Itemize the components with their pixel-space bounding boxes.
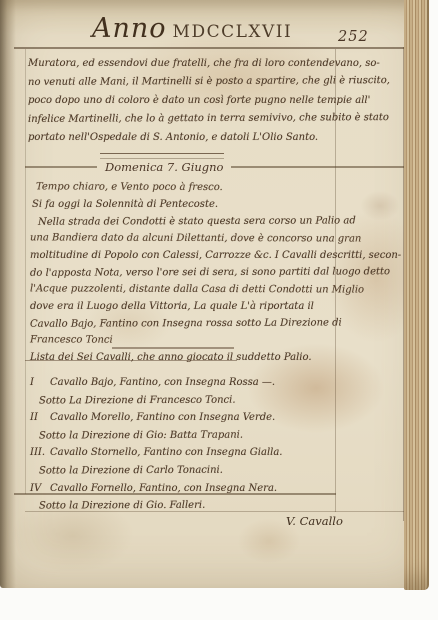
manuscript-line: no venuti alle Mani, il Martinelli si è … — [28, 72, 390, 92]
manuscript-line: Muratora, ed essendovi due fratelli, che… — [28, 55, 390, 73]
date-heading-row: Domenica 7. Giugno — [25, 160, 405, 174]
date-heading: Domenica 7. Giugno — [105, 160, 223, 174]
list-divider — [112, 347, 234, 349]
horse-numeral: III. — [30, 444, 50, 462]
horse-list: ICavallo Bajo, Fantino, con Insegna Ross… — [30, 374, 283, 515]
section-divider — [100, 153, 224, 159]
manuscript-line: Tempo chiaro, e Vento poco à fresco. — [30, 178, 401, 196]
horse-direction: Sotto la Direzione di Carlo Tonacini. — [30, 461, 283, 480]
paragraph-martinelli: Muratora, ed essendovi due fratelli, che… — [28, 55, 390, 147]
horse-list-intro: Lista dei Sei Cavalli, che anno giocato … — [30, 352, 312, 363]
horse-description: Cavallo Stornello, Fantino con Insegna G… — [50, 447, 283, 458]
horse-direction: Sotto la Direzione di Gio. Falleri. — [30, 497, 283, 516]
heading-rule-left — [25, 166, 97, 168]
manuscript-page: AnnoMDCCLXVII 252 Muratora, ed essendovi… — [0, 0, 427, 588]
heading-rule-right — [231, 166, 405, 168]
manuscript-line: moltitudine di Popolo con Calessi, Carro… — [30, 247, 401, 264]
paragraph-palio: Tempo chiaro, e Vento poco à fresco. Si … — [30, 179, 401, 349]
manuscript-line: poco dopo uno di coloro è dato un così f… — [28, 92, 390, 110]
manuscript-line: portato nell'Ospedale di S. Antonio, e d… — [28, 129, 390, 147]
manuscript-line: Cavallo Bajo, Fantino con Insegna rossa … — [30, 314, 401, 333]
binding-shadow-left — [0, 0, 16, 588]
header-anno-script: Anno — [92, 13, 167, 44]
horse-direction: Sotto la Direzione di Gio: Batta Trapani… — [30, 426, 283, 445]
horse-description: Cavallo Fornello, Fantino, con Insegna N… — [50, 483, 277, 494]
horse-entry: IVCavallo Fornello, Fantino, con Insegna… — [30, 480, 283, 498]
manuscript-line: dove era il Luogo della Vittoria, La qua… — [30, 298, 401, 315]
horse-description: Cavallo Bajo, Fantino, con Insegna Rossa… — [50, 377, 275, 388]
manuscript-line: do l'apposta Nota, verso l'ore sei di se… — [30, 263, 401, 282]
horse-numeral: II — [30, 409, 50, 427]
horse-direction: Sotto La Direzione di Francesco Tonci. — [30, 391, 283, 410]
manuscript-line: l'Acque puzzolenti, distante dalla Casa … — [30, 280, 401, 298]
book-fore-edge — [404, 0, 429, 590]
horse-description: Cavallo Morello, Fantino con Insegna Ver… — [50, 412, 275, 423]
header-year-roman: MDCCLXVII — [173, 22, 293, 42]
manuscript-line: una Bandiera dato da alcuni Dilettanti, … — [30, 229, 401, 247]
horse-numeral: I — [30, 374, 50, 392]
page-number: 252 — [338, 29, 369, 45]
page-header: AnnoMDCCLXVII — [92, 13, 292, 44]
frame-rule-left — [25, 49, 26, 494]
manuscript-line: infelice Martinelli, che lo à gettato in… — [28, 109, 390, 129]
horse-entry: III.Cavallo Stornello, Fantino con Inseg… — [30, 444, 283, 462]
manuscript-line: Si fa oggi la Solennità di Pentecoste. — [30, 196, 401, 213]
catchword: V. Cavallo — [286, 514, 343, 528]
horse-numeral: IV — [30, 480, 50, 498]
horse-entry: IICavallo Morello, Fantino con Insegna V… — [30, 409, 283, 427]
manuscript-line: Nella strada dei Condotti è stato questa… — [30, 212, 401, 231]
horse-entry: ICavallo Bajo, Fantino, con Insegna Ross… — [30, 374, 283, 392]
frame-rule-top — [14, 47, 405, 49]
